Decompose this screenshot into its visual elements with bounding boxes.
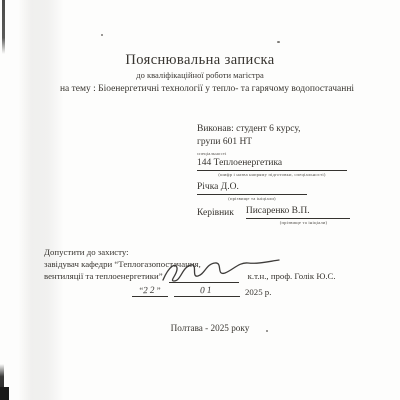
supervisor-name-field: Писаренко В.П. [246,206,350,219]
specialty-field: 144 Теплоенергетика [197,158,347,171]
scan-speck [277,41,280,43]
document-header: Пояснювальна записка до кваліфікаційної … [0,52,400,81]
scan-speck [101,34,103,36]
scanned-title-page: Пояснювальна записка до кваліфікаційної … [0,0,400,400]
student-name-hint: (прізвище та ініціали) [197,196,307,202]
date-month-field: 01 [174,285,240,297]
signature-handwriting [160,255,282,285]
supervisor-row: Керівник Писаренко В.П. [197,206,350,219]
performer-block: Виконав: студент 6 курсу, групи 601 НТ с… [197,123,350,226]
handwritten-day: 22 [143,285,157,295]
close-quote: ” [157,285,161,295]
date-row: “22” 01 2025 р. [132,285,374,297]
supervisor-label: Керівник [197,207,234,219]
document-subtitle: до кваліфікаційної роботи магістра [0,69,400,81]
handwritten-month: 01 [200,285,214,295]
specialty-label: спеціальності [197,151,350,157]
specialty-hint: (шифр і назва напряму підготовки, спеціа… [197,172,347,178]
date-year: 2025 р. [245,287,271,297]
supervisor-name-hint: (прізвище та ініціали) [257,220,350,226]
scan-edge-line-top [2,0,5,54]
thesis-topic: на тему : Біоенергетичні технології у те… [0,84,400,94]
performer-line-1: Виконав: студент 6 курсу, [197,123,350,136]
performer-line-2: групи 601 НТ [197,136,350,149]
admission-line-3: вентиляції та теплоенергетики” [44,271,163,283]
scan-corner-mark [0,387,9,400]
footer-city-year: Полтава - 2025 року [10,323,400,333]
document-title: Пояснювальна записка [0,52,400,68]
date-day-field: “22” [132,285,168,297]
student-name-field: Річка Д.О. [197,182,307,195]
